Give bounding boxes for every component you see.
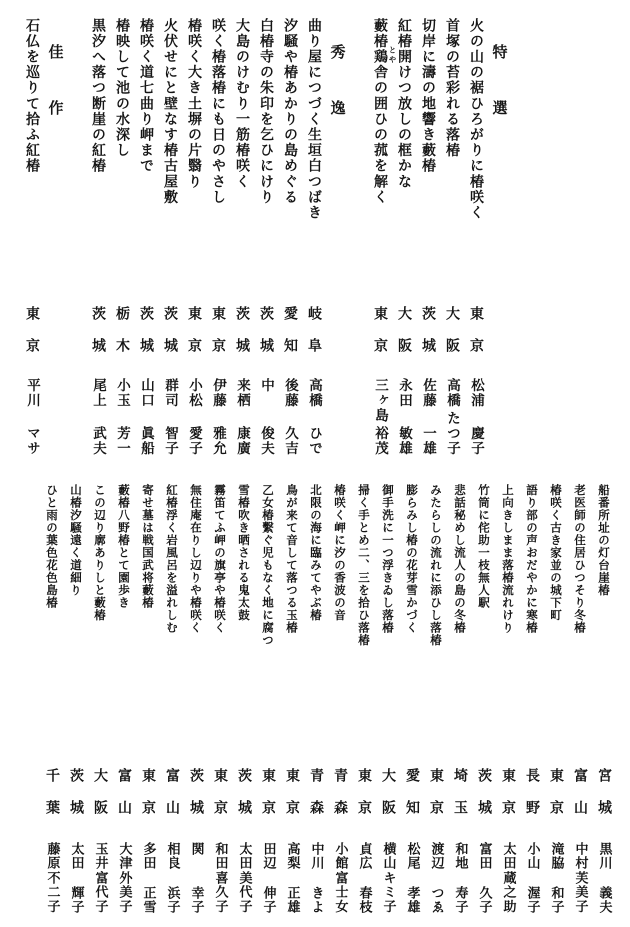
author-name: 太田蔵之助: [499, 842, 518, 914]
prefecture-label: 茨城: [186, 768, 206, 832]
poem-entry: みたらしの流れに添ひし落椿東京渡辺つゑ: [424, 0, 448, 927]
prefecture-label: 東京: [210, 768, 230, 832]
poem-text: 藪椿八野椿とて園歩き: [116, 484, 132, 609]
author-surname: 貞広: [355, 842, 374, 870]
prefecture-label: 東京: [138, 768, 158, 832]
author-surname: 黒川: [595, 842, 614, 870]
author-name: 黒川義夫: [595, 842, 614, 914]
prefecture-label: 東京: [282, 768, 302, 832]
poem-entry: 竹筒に侘助一枝無人駅茨城富田久子: [472, 0, 496, 927]
author-name: 相良浜子: [163, 842, 182, 914]
poem-text: 無住庵在りし辺りや椿咲く: [188, 484, 204, 634]
prefecture-label: 愛知: [402, 768, 422, 832]
author-given: 蔵之助: [499, 871, 518, 914]
prefecture-label: 茨城: [234, 768, 254, 832]
author-surname: 太田: [235, 842, 254, 870]
author-surname: 太田: [499, 842, 518, 870]
author-name: 太田美代子: [235, 842, 254, 914]
prefecture-label: 富山: [570, 768, 590, 832]
poem-entry: この辺り廓ありしと藪椿大阪玉井富代子: [88, 0, 112, 927]
prefecture-label: 富山: [114, 768, 134, 832]
poem-text: 椿咲く岬に汐の香波の音: [332, 484, 348, 622]
poem-entry: ひと雨の葉色花色島椿千葉藤原不二子: [40, 0, 64, 927]
author-given: 正雄: [283, 886, 302, 914]
author-surname: 滝脇: [547, 842, 566, 870]
author-name: 多田正雪: [139, 842, 158, 914]
prefecture-label: 千葉: [42, 768, 62, 832]
poem-text: 掃く手とめ二、三を拾ひ落椿: [356, 484, 372, 647]
prefecture-label: 大阪: [90, 768, 110, 832]
poem-text: 竹筒に侘助一枝無人駅: [476, 484, 492, 609]
poem-text: 寄せ墓は戦国武将藪椿: [140, 484, 156, 609]
author-given: つゑ: [427, 886, 446, 914]
poem-entry: 雪椿吹き晒される鬼太鼓茨城太田美代子: [232, 0, 256, 927]
author-name: 藤原不二子: [43, 842, 62, 914]
poem-text: 悲話秘めし流人の島の冬椿: [452, 484, 468, 634]
author-name: 貞広春枝: [355, 842, 374, 914]
author-name: 和地寿子: [451, 842, 470, 914]
author-given: 渥子: [523, 886, 542, 914]
poem-entry: 老医師の住居ひつそり冬椿富山中村芙美子: [568, 0, 592, 927]
poem-text: みたらしの流れに添ひし落椿: [428, 484, 444, 647]
poem-text: 紅椿浮く岩風呂を溢れしむ: [164, 484, 180, 634]
author-surname: 和田: [211, 842, 230, 870]
author-name: 平川マサ: [22, 378, 42, 456]
poem-entry: 寄せ墓は戦国武将藪椿東京多田正雪: [136, 0, 160, 927]
author-surname: 玉井: [91, 842, 110, 870]
author-surname: 平川: [22, 378, 42, 408]
poem-entry: 御手洗に一つ浮きゐし落椿大阪横山キミ子: [376, 0, 400, 927]
prefecture-label: 東京: [354, 768, 374, 832]
author-name: 和田喜久子: [211, 842, 230, 914]
poem-entry: 霧笛てふ岬の旗亭や椿咲く東京和田喜久子: [208, 0, 232, 927]
author-given: 浜子: [163, 886, 182, 914]
poem-entry: 椿咲く古き家並の城下町東京滝脇和子: [544, 0, 568, 927]
poem-text: 椿咲く古き家並の城下町: [548, 484, 564, 622]
author-name: 小山渥子: [523, 842, 542, 914]
author-surname: 和地: [451, 842, 470, 870]
author-surname: 高梨: [283, 842, 302, 870]
author-given: 富士女: [331, 871, 350, 914]
author-name: 関幸子: [187, 842, 206, 914]
author-given: 幸子: [187, 886, 206, 914]
author-given: 不二子: [43, 871, 62, 914]
author-name: 小館富士女: [331, 842, 350, 914]
prefecture-label: 宮城: [594, 768, 614, 832]
prefecture-label: 埼玉: [450, 768, 470, 832]
author-given: マサ: [22, 426, 42, 456]
prefecture-label: 長野: [522, 768, 542, 832]
poem-text: 北限の海に臨みてやぶ椿: [308, 484, 324, 622]
author-name: 中川きよ: [307, 842, 326, 914]
poem-text: 老医師の住居ひつそり冬椿: [572, 484, 588, 634]
poem-text: 語り部の声おだやかに寒椿: [524, 484, 540, 634]
poem-text: 御手洗に一つ浮きゐし落椿: [380, 484, 396, 634]
author-name: 高梨正雄: [283, 842, 302, 914]
author-surname: 小山: [523, 842, 542, 870]
poem-text: 山椿汐騒遠く道細り: [68, 484, 84, 597]
poem-entry: 船番所址の灯台崖椿宮城黒川義夫: [592, 0, 616, 927]
author-name: 中村芙美子: [571, 842, 590, 914]
prefecture-label: 茨城: [66, 768, 86, 832]
author-surname: 小館: [331, 842, 350, 870]
author-given: 孝雄: [403, 886, 422, 914]
poem-entry: 山椿汐騒遠く道細り茨城太田輝子: [64, 0, 88, 927]
author-surname: 大津: [115, 842, 134, 870]
author-given: 正雪: [139, 886, 158, 914]
poem-text: この辺り廓ありしと藪椿: [92, 484, 108, 622]
author-name: 田辺伸子: [259, 842, 278, 914]
author-given: 外美子: [115, 871, 134, 914]
author-name: 富田久子: [475, 842, 494, 914]
poem-entry: 悲話秘めし流人の島の冬椿埼玉和地寿子: [448, 0, 472, 927]
author-given: 和子: [547, 886, 566, 914]
poem-entry: 鳥が来て音して落つる玉椿東京高梨正雄: [280, 0, 304, 927]
poem-entry: 語り部の声おだやかに寒椿長野小山渥子: [520, 0, 544, 927]
author-given: きよ: [307, 886, 326, 914]
author-given: 伸子: [259, 886, 278, 914]
author-given: 寿子: [451, 886, 470, 914]
poem-text: 乙女椿繫ぐ児もなく地に腐つ: [260, 484, 276, 647]
poem-entry: 無住庵在りし辺りや椿咲く茨城関幸子: [184, 0, 208, 927]
poem-text: 雪椿吹き晒される鬼太鼓: [236, 484, 252, 622]
author-surname: 関: [187, 842, 206, 856]
poem-entry: 乙女椿繫ぐ児もなく地に腐つ東京田辺伸子: [256, 0, 280, 927]
author-surname: 渡辺: [427, 842, 446, 870]
prefecture-label: 東京: [546, 768, 566, 832]
poem-entry: 藪椿八野椿とて園歩き富山大津外美子: [112, 0, 136, 927]
prefecture-label: 青森: [306, 768, 326, 832]
author-surname: 田辺: [259, 842, 278, 870]
author-given: 富代子: [91, 871, 110, 914]
prefecture-label: 東京: [498, 768, 518, 832]
author-given: 義夫: [595, 886, 614, 914]
author-name: 太田輝子: [67, 842, 86, 914]
prefecture-label: 東京: [426, 768, 446, 832]
prefecture-label: 茨城: [474, 768, 494, 832]
poem-entry: 上向きしまま落椿流れけり東京太田蔵之助: [496, 0, 520, 927]
author-surname: 多田: [139, 842, 158, 870]
author-given: 久子: [475, 886, 494, 914]
poem-text: 船番所址の灯台崖椿: [596, 484, 612, 597]
haiku-selection-page: 特 選火の山の裾ひろがりに椿咲く東京松浦慶子首塚の苔彩れる落椿大阪高橋たつ子切岸…: [0, 0, 630, 927]
prefecture-label: 富山: [162, 768, 182, 832]
poem-text: 膨らみし椿の花芽雪かづく: [404, 484, 420, 634]
prefecture-label: 東京: [258, 768, 278, 832]
author-given: 芙美子: [571, 871, 590, 914]
poem-text: 上向きしまま落椿流れけり: [500, 484, 516, 634]
author-surname: 富田: [475, 842, 494, 870]
poem-text: ひと雨の葉色花色島椿: [44, 484, 60, 609]
poem-entry: 椿咲く岬に汐の香波の音青森小館富士女: [328, 0, 352, 927]
poem-text: 鳥が来て音して落つる玉椿: [284, 484, 300, 634]
author-surname: 中村: [571, 842, 590, 870]
poem-text: 石仏を巡りて拾ふ紅椿: [22, 18, 42, 174]
poem-entry: 北限の海に臨みてやぶ椿青森中川きよ: [304, 0, 328, 927]
author-surname: 横山: [379, 842, 398, 870]
author-given: 美代子: [235, 871, 254, 914]
author-name: 横山キミ子: [379, 842, 398, 914]
author-name: 大津外美子: [115, 842, 134, 914]
author-name: 滝脇和子: [547, 842, 566, 914]
author-given: 輝子: [67, 886, 86, 914]
author-given: キミ子: [379, 871, 398, 914]
author-surname: 太田: [67, 842, 86, 870]
poem-entry: 紅椿浮く岩風呂を溢れしむ富山相良浜子: [160, 0, 184, 927]
author-name: 玉井富代子: [91, 842, 110, 914]
author-surname: 藤原: [43, 842, 62, 870]
poem-entry: 掃く手とめ二、三を拾ひ落椿東京貞広春枝: [352, 0, 376, 927]
poem-entry: 膨らみし椿の花芽雪かづく愛知松尾孝雄: [400, 0, 424, 927]
prefecture-label: 大阪: [378, 768, 398, 832]
prefecture-label: 青森: [330, 768, 350, 832]
author-given: 春枝: [355, 886, 374, 914]
author-surname: 中川: [307, 842, 326, 870]
author-name: 渡辺つゑ: [427, 842, 446, 914]
author-given: 喜久子: [211, 871, 230, 914]
prefecture-label: 東京: [22, 306, 42, 370]
author-surname: 松尾: [403, 842, 422, 870]
author-name: 松尾孝雄: [403, 842, 422, 914]
poem-text: 霧笛てふ岬の旗亭や椿咲く: [212, 484, 228, 634]
author-surname: 相良: [163, 842, 182, 870]
